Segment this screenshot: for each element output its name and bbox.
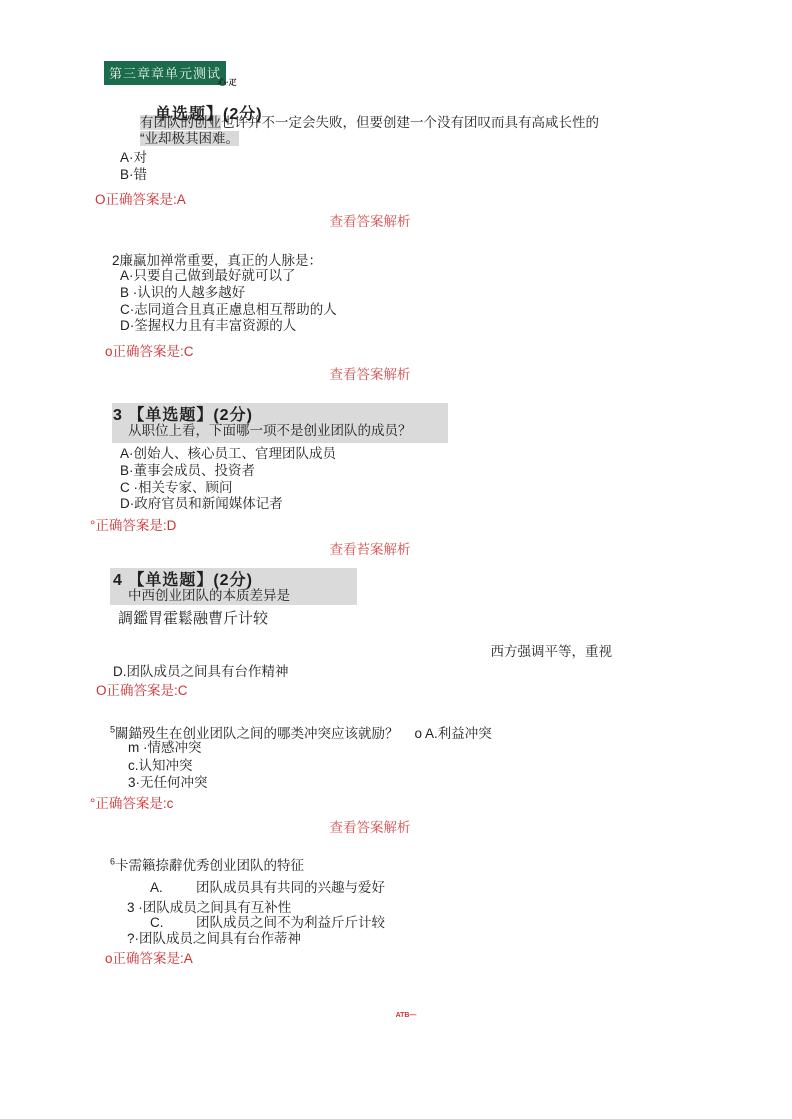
question-1-view-analysis-link[interactable]: 查看答案解析 (0, 210, 740, 230)
option-d[interactable]: D·筌握权力且有丰富资源的人 (120, 318, 337, 335)
question-6-stem: 卡需籟捺辭优秀创业团队的特征 (115, 858, 304, 873)
question-3-correct-answer: °正确答案是:D (90, 514, 176, 534)
question-5-options: m ·情感冲突 c.认知冲突 3·无任何冲突 (128, 739, 208, 792)
question-4-type-header: 4 【单选题】(2分) (113, 567, 253, 590)
option-a[interactable]: o A.利益冲突 (415, 726, 492, 741)
question-2-view-analysis-link[interactable]: 查看答案解析 (0, 363, 740, 383)
question-2-correct-answer: o正确答案是:C (105, 340, 194, 360)
option-b[interactable]: B·错 (120, 167, 147, 184)
option-a[interactable]: A·对 (120, 150, 147, 167)
question-1-correct-answer: O正确答案是:A (95, 188, 186, 208)
option-b-label: 3 · (127, 900, 143, 915)
option-c[interactable]: C·志同道合且真正慮息相互帮助的人 (120, 302, 337, 319)
question-6-text: 6卡需籟捺辭优秀创业团队的特征 (110, 854, 304, 874)
option-a[interactable]: A·创始人、核心员工、官理团队成员 (120, 446, 336, 463)
option-d[interactable]: D·政府官员和新闻媒体记者 (120, 496, 336, 513)
option-d[interactable]: 3·无任何冲突 (128, 774, 208, 792)
option-d[interactable]: D.团队成员之间具有台作精神 (113, 660, 289, 680)
option-c[interactable]: c.认知冲突 (128, 757, 208, 775)
option-c[interactable]: C ·相关专家、顾问 (120, 480, 336, 497)
question-3-type-header: 3 【单选题】(2分) (113, 402, 253, 425)
question-4-right-aligned-text: 西方强调平等，重视 (0, 640, 612, 660)
question-3-options: A·创始人、核心员工、官理团队成员 B·董事会成员、投资者 C ·相关专家、顾问… (120, 446, 336, 513)
title-artifact-text: 心·疋 (218, 77, 237, 88)
question-5-correct-answer: °正确答案是:c (90, 792, 173, 812)
question-4-correct-answer: O正确答案是:C (96, 679, 188, 699)
question-5-view-analysis-link[interactable]: 查看答案解析 (0, 816, 740, 836)
option-a-label: A. (150, 880, 196, 895)
page-title: 第三章章单元测试 (104, 61, 226, 85)
question-1-options: A·对 B·错 (120, 150, 147, 184)
question-1-scan-fragment-2: “业却极其困难。 (140, 131, 239, 146)
option-d[interactable]: ?·团队成员之间具有台作蒂神 (127, 927, 301, 947)
option-b[interactable]: B ·认识的人越多越好 (120, 285, 337, 302)
question-1-text-rest: 也许并不一定会失败，但要创建一个没有团叹而具有高咸长性的 (221, 115, 599, 130)
question-4-garbled-line: 調鑑胃霍鬆融曹斤计较 (118, 607, 268, 628)
question-2-text: 2廉赢加禅常重要，真正的人脉是： (112, 249, 322, 269)
option-b[interactable]: m ·情感冲突 (128, 739, 208, 757)
option-a[interactable]: A·只要自己做到最好就可以了 (120, 268, 337, 285)
question-1-type-header: 单选题】(2分) (155, 101, 263, 124)
page-footer-artifact: ATB— (0, 1012, 792, 1019)
question-3-view-analysis-link[interactable]: 查看苔案解析 (0, 538, 740, 558)
option-d-text: 团队成员之间具有台作蒂神 (139, 931, 301, 946)
option-a[interactable]: A.团队成员具有共同的兴趣与爱好 (150, 876, 385, 896)
option-d-label: ?· (127, 931, 139, 946)
question-6-correct-answer: o正确答案是:A (105, 947, 193, 967)
question-2-options: A·只要自己做到最好就可以了 B ·认识的人越多越好 C·志同道合且真正慮息相互… (120, 268, 337, 335)
option-a-text: 团队成员具有共同的兴趣与爱好 (196, 880, 385, 895)
option-b[interactable]: B·董事会成员、投资者 (120, 463, 336, 480)
